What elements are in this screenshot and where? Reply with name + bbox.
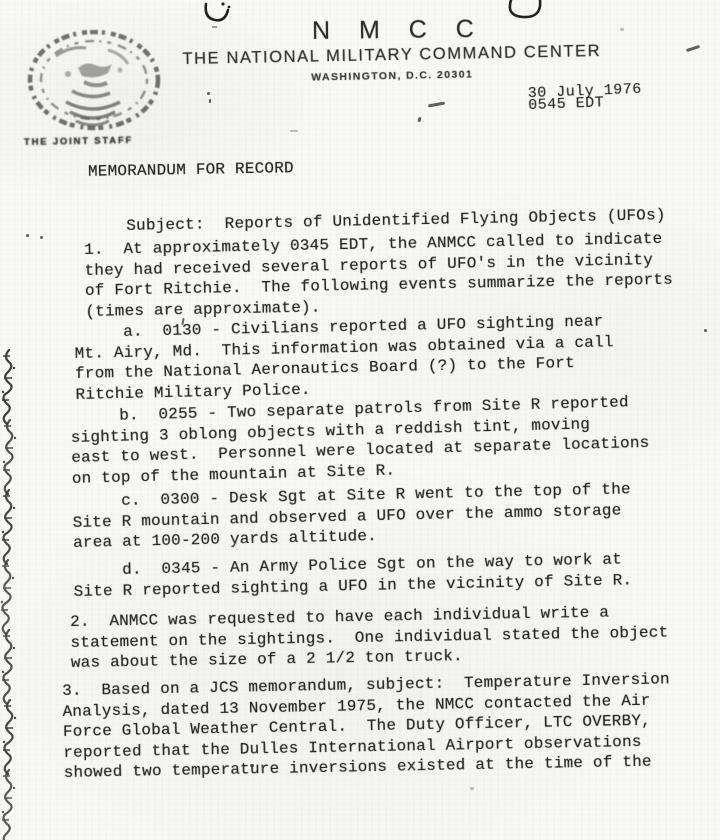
paragraph-c: c. 0300 - Desk Sgt at Site R went to the… [72,479,632,553]
agency-name: THE NATIONAL MILITARY COMMAND CENTER [182,42,602,69]
scan-artifact [290,130,298,132]
paragraph-a: a. 0130 - Civilians reported a UFO sight… [74,311,615,405]
paragraph-2: 2. ANMCC was requested to have each indi… [70,602,669,674]
scan-artifact [620,28,624,31]
subject-text: Reports of Unidentified Flying Objects (… [224,206,665,233]
memo-title: MEMORANDUM FOR RECORD [88,158,294,182]
scan-artifact [207,92,210,95]
pen-mark-top-left [200,0,238,30]
scan-artifact [704,329,707,332]
scanned-memo-page: THE JOINT STAFF N M C C THE NATIONAL MIL… [0,0,720,840]
date-block: 30 July 1976 0545 EDT [528,84,643,111]
subject-label: Subject: [126,215,205,235]
pen-mark-top-right [505,0,551,22]
scan-artifact [40,236,43,239]
paragraph-d: d. 0345 - An Army Police Sgt on the way … [73,549,632,602]
scan-artifact [417,117,421,123]
scan-artifact [428,102,445,108]
scan-artifact [686,45,700,52]
scan-artifact [209,99,211,103]
scan-artifact [470,787,474,790]
paragraph-b: b. 0255 - Two separate patrols from Site… [70,392,650,489]
paragraph-3: 3. Based on a JCS memorandum, subject: T… [62,669,672,783]
margin-handwriting [0,348,20,840]
agency-abbrev: N M C C [312,15,485,46]
seal-caption: THE JOINT STAFF [24,135,133,148]
scan-artifact [26,234,29,237]
scan-artifact [250,764,254,767]
joint-staff-seal [22,30,166,138]
paragraph-1: 1. At approximately 0345 EDT, the ANMCC … [84,229,674,322]
letterhead: THE NATIONAL MILITARY COMMAND CENTER WAS… [182,42,603,86]
agency-address: WASHINGTON, D.C. 20301 [182,66,602,86]
